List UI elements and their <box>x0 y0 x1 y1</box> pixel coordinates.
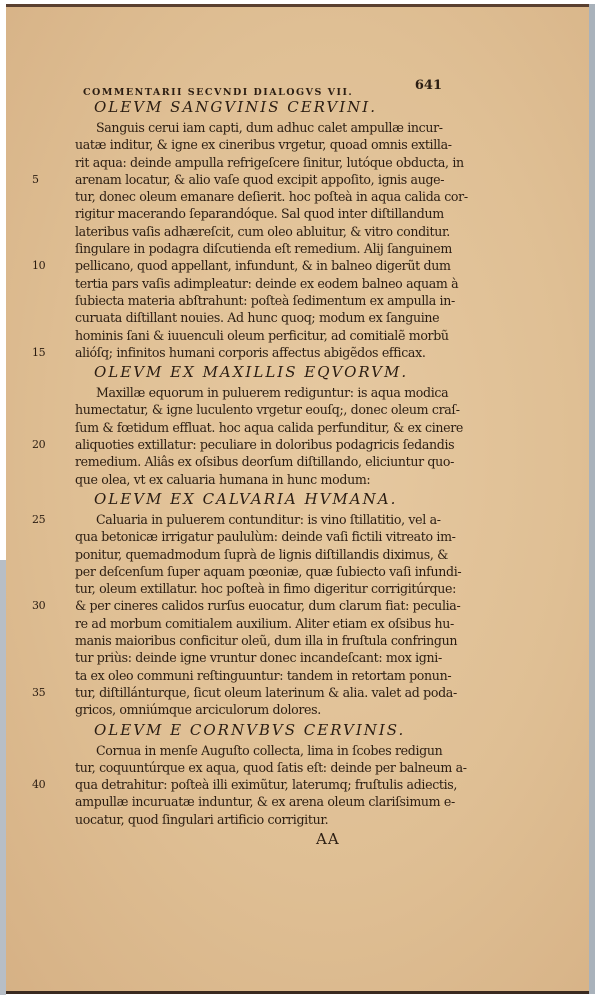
line-text: manis maioribus conficitur oleũ, dum ill… <box>75 633 457 648</box>
text-line: remedium. Aliâs ex oſsibus deorſum diſti… <box>34 453 464 470</box>
line-text: Cornua in menſe Auguſto collecta, lima i… <box>96 743 442 758</box>
line-text: tur, donec oleum emanare deſierit. hoc p… <box>75 189 468 204</box>
section-title: OLEVM EX MAXILLIS EQVORVM. <box>94 363 464 383</box>
text-line: 5arenam locatur, & alio vaſe quod excipi… <box>34 171 464 188</box>
line-number: 5 <box>32 171 39 188</box>
text-line: 10pellicano, quod appellant, infundunt, … <box>34 257 464 274</box>
text-line: que olea, vt ex caluaria humana in hunc … <box>34 471 464 488</box>
section-title: OLEVM SANGVINIS CERVINI. <box>94 98 464 118</box>
line-number: 30 <box>32 597 45 614</box>
line-text: pellicano, quod appellant, infundunt, & … <box>75 258 451 273</box>
line-text: tur, coquuntúrque ex aqua, quod ſatis eſ… <box>75 760 467 775</box>
page-number: 641 <box>415 78 442 93</box>
line-text: tur, diſtillánturque, ſicut oleum lateri… <box>75 685 457 700</box>
text-line: manis maioribus conficitur oleũ, dum ill… <box>34 632 464 649</box>
text-line: tur, oleum extillatur. hoc poſteà in fim… <box>34 580 464 597</box>
text-line: 35tur, diſtillánturque, ſicut oleum late… <box>34 684 464 701</box>
line-text: que olea, vt ex caluaria humana in hunc … <box>75 472 370 487</box>
text-line: ſubiecta materia abſtrahunt: poſteà ſedi… <box>34 292 464 309</box>
line-text: arenam locatur, & alio vaſe quod excipit… <box>75 172 444 187</box>
line-text: & per cineres calidos rurſus euocatur, d… <box>75 598 460 613</box>
line-text: uocatur, quod ſingulari artificio corrig… <box>75 812 328 827</box>
text-line: Maxillæ equorum in puluerem rediguntur: … <box>34 384 464 401</box>
line-text: aliquoties extillatur: peculiare in dolo… <box>75 437 454 452</box>
text-line: ponitur, quemadmodum ſuprà de lignis diſ… <box>34 546 464 563</box>
text-line: 25Caluaria in puluerem contunditur: is v… <box>34 511 464 528</box>
line-text: hominis ſani & iuuenculi oleum perficitu… <box>75 328 449 343</box>
line-text: curuata diſtillant nouies. Ad hunc quoq;… <box>75 310 439 325</box>
text-line: lateribus vaſis adhæreſcit, cum oleo abl… <box>34 223 464 240</box>
line-text: ſum & fœtidum effluat. hoc aqua calida p… <box>75 420 463 435</box>
text-line: curuata diſtillant nouies. Ad hunc quoq;… <box>34 309 464 326</box>
section-title: OLEVM EX CALVARIA HVMANA. <box>94 490 464 510</box>
line-number: 10 <box>32 257 45 274</box>
text-line: tur priùs: deinde igne vruntur donec inc… <box>34 649 464 666</box>
line-number: 15 <box>32 344 45 361</box>
line-text: Maxillæ equorum in puluerem rediguntur: … <box>96 385 448 400</box>
line-text: tur, oleum extillatur. hoc poſteà in fim… <box>75 581 456 596</box>
line-number: 25 <box>32 511 45 528</box>
text-line: tertia pars vaſis adimpleatur: deinde ex… <box>34 275 464 292</box>
text-line: rigitur macerando ſeparandóque. Sal quod… <box>34 205 464 222</box>
line-text: ſingulare in podagra diſcutienda eſt rem… <box>75 241 452 256</box>
line-text: ampullæ incuruatæ induntur, & ex arena o… <box>75 794 455 809</box>
line-text: ponitur, quemadmodum ſuprà de lignis diſ… <box>75 547 448 562</box>
line-text: qua betonicæ irrigatur paululùm: deinde … <box>75 529 456 544</box>
line-text: tertia pars vaſis adimpleatur: deinde ex… <box>75 276 458 291</box>
text-line: tur, coquuntúrque ex aqua, quod ſatis eſ… <box>34 759 464 776</box>
line-number: 35 <box>32 684 45 701</box>
line-text: ſubiecta materia abſtrahunt: poſteà ſedi… <box>75 293 455 308</box>
text-line: ampullæ incuruatæ induntur, & ex arena o… <box>34 793 464 810</box>
page-edge <box>0 560 6 995</box>
line-text: rigitur macerando ſeparandóque. Sal quod… <box>75 206 444 221</box>
signature-mark: AA <box>316 830 464 848</box>
text-line: Sanguis cerui iam capti, dum adhuc calet… <box>34 119 464 136</box>
section-title: OLEVM E CORNVBVS CERVINIS. <box>94 721 464 741</box>
line-text: tur priùs: deinde igne vruntur donec inc… <box>75 650 442 665</box>
sections: OLEVM SANGVINIS CERVINI.Sanguis cerui ia… <box>34 98 464 828</box>
text-line: Cornua in menſe Auguſto collecta, lima i… <box>34 742 464 759</box>
text-line: gricos, omniúmque arciculorum dolores. <box>34 701 464 718</box>
text-line: uatæ inditur, & igne ex cineribus vrgetu… <box>34 136 464 153</box>
line-text: qua detrahitur: poſteà illi eximũtur, la… <box>75 777 457 792</box>
running-head-title: COMMENTARII SECVNDI DIALOGVS VII. <box>83 87 353 98</box>
line-text: remedium. Aliâs ex oſsibus deorſum diſti… <box>75 454 454 469</box>
line-text: Caluaria in puluerem contunditur: is vin… <box>96 512 441 527</box>
page-content: COMMENTARII SECVNDI DIALOGVS VII. 641 OL… <box>34 80 464 848</box>
line-text: Sanguis cerui iam capti, dum adhuc calet… <box>96 120 443 135</box>
text-line: hominis ſani & iuuenculi oleum perficitu… <box>34 327 464 344</box>
line-text: lateribus vaſis adhæreſcit, cum oleo abl… <box>75 224 450 239</box>
line-text: uatæ inditur, & igne ex cineribus vrgetu… <box>75 137 452 152</box>
line-text: humectatur, & igne luculento vrgetur eou… <box>75 402 460 417</box>
line-text: gricos, omniúmque arciculorum dolores. <box>75 702 321 717</box>
text-line: 30& per cineres calidos rurſus euocatur,… <box>34 597 464 614</box>
text-line: humectatur, & igne luculento vrgetur eou… <box>34 401 464 418</box>
text-line: per deſcenſum ſuper aquam pœoniæ, quæ ſu… <box>34 563 464 580</box>
text-line: 20aliquoties extillatur: peculiare in do… <box>34 436 464 453</box>
text-line: 40qua detrahitur: poſteà illi eximũtur, … <box>34 776 464 793</box>
text-line: ſum & fœtidum effluat. hoc aqua calida p… <box>34 419 464 436</box>
line-text: per deſcenſum ſuper aquam pœoniæ, quæ ſu… <box>75 564 461 579</box>
text-line: re ad morbum comitialem auxilium. Aliter… <box>34 615 464 632</box>
line-text: alióſq; infinitos humani corporis affect… <box>75 345 426 360</box>
text-line: ſingulare in podagra diſcutienda eſt rem… <box>34 240 464 257</box>
running-head: COMMENTARII SECVNDI DIALOGVS VII. 641 <box>83 80 464 96</box>
text-line: tur, donec oleum emanare deſierit. hoc p… <box>34 188 464 205</box>
line-number: 40 <box>32 776 45 793</box>
line-number: 20 <box>32 436 45 453</box>
line-text: rit aqua: deinde ampulla refrigeſcere ſi… <box>75 155 464 170</box>
text-line: qua betonicæ irrigatur paululùm: deinde … <box>34 528 464 545</box>
text-line: 15alióſq; infinitos humani corporis affe… <box>34 344 464 361</box>
line-text: ta ex oleo communi reſtinguuntur: tandem… <box>75 668 451 683</box>
text-line: uocatur, quod ſingulari artificio corrig… <box>34 811 464 828</box>
text-line: ta ex oleo communi reſtinguuntur: tandem… <box>34 667 464 684</box>
line-text: re ad morbum comitialem auxilium. Aliter… <box>75 616 454 631</box>
text-line: rit aqua: deinde ampulla refrigeſcere ſi… <box>34 154 464 171</box>
